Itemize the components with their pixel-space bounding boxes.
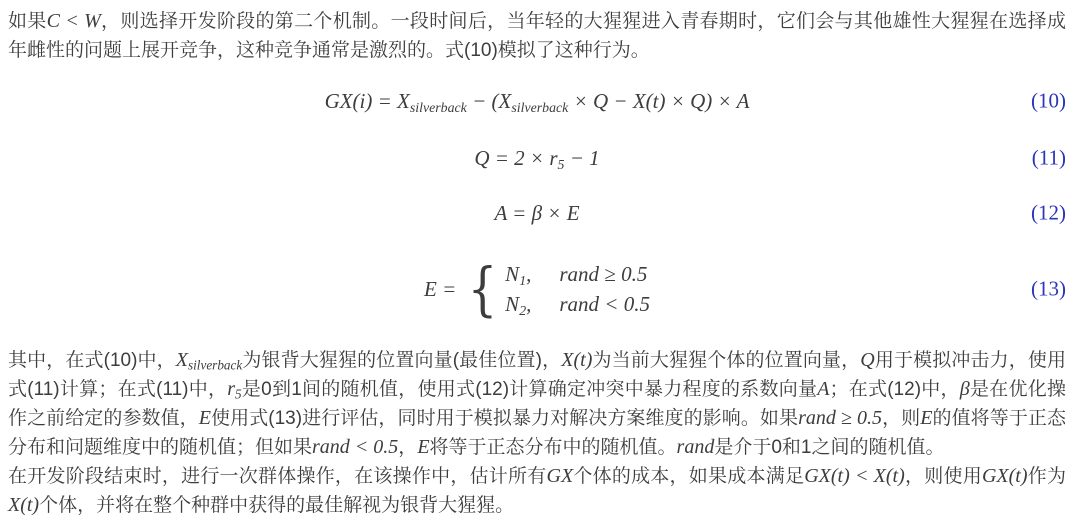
math-subscript: silverback [188, 358, 242, 373]
text-run: 为当前大猩猩个体的位置向量， [592, 350, 860, 371]
inline-math: r5 [227, 378, 241, 400]
paragraph-explanation: 其中，在式(10)中，Xsilverback为银背大猩猩的位置向量(最佳位置)，… [0, 346, 1074, 462]
inline-math: β [960, 378, 970, 400]
math-run: A = β × E [494, 201, 579, 225]
inline-math: A [817, 378, 829, 400]
inline-math: X(t) [8, 494, 39, 516]
text-run: ，则 [882, 408, 920, 429]
text-run: 其中，在式(10)中， [8, 350, 176, 371]
inline-math: E [199, 407, 211, 429]
math-run: , [526, 292, 531, 316]
inline-math: GX(t) < X(t) [804, 465, 905, 487]
text-run: 是介于0和1之间的随机值。 [714, 437, 944, 458]
equation-11: Q = 2 × r5 − 1 (11) [0, 137, 1074, 179]
inline-math: E [417, 436, 429, 458]
text-run: 为银背大猩猩的位置向量(最佳位置)， [242, 350, 561, 371]
equation-13: E = { N1,rand ≥ 0.5 N2,rand < 0.5 (13) [0, 247, 1074, 331]
math-run: − 1 [564, 146, 599, 170]
equation-12-formula: A = β × E [494, 201, 579, 226]
text-run: 作为 [1028, 466, 1066, 487]
math-run: N [505, 292, 519, 316]
inline-math: Xsilverback [176, 349, 242, 371]
text-run: 个体，并将在整个种群中获得的最佳解视为银背大猩猩。 [39, 495, 514, 516]
paragraph-group-operation: 在开发阶段结束时，进行一次群体操作，在该操作中，估计所有GX个体的成本，如果成本… [0, 462, 1074, 518]
inline-math: rand ≥ 0.5 [798, 407, 882, 429]
math-run: × Q − X(t) × Q) × A [568, 89, 749, 113]
inline-math: GX [547, 465, 574, 487]
inline-math: GX(t) [982, 465, 1028, 487]
text-run: ，则选择开发阶段的第二个机制。一段时间后，当年轻的大猩猩进入青春期时，它们会与其… [8, 11, 1066, 61]
equation-10: GX(i) = Xsilverback − (Xsilverback × Q −… [0, 65, 1074, 137]
text-run: 使用式(13)进行评估，同时用于模拟暴力对解决方案维度的影响。如果 [211, 408, 798, 429]
equation-number-13[interactable]: (13) [1031, 277, 1066, 302]
inline-math: C < W [47, 10, 101, 32]
math-subscript: silverback [511, 99, 568, 114]
equation-number-11[interactable]: (11) [1032, 146, 1066, 171]
inline-math: rand [677, 436, 715, 458]
math-subscript: silverback [410, 99, 467, 114]
case-row-2: N2,rand < 0.5 [505, 289, 650, 319]
text-run: 个体的成本，如果成本满足 [573, 466, 804, 487]
case-row-1: N1,rand ≥ 0.5 [505, 259, 650, 289]
math-run: GX(i) = X [325, 89, 410, 113]
text-run: 是0到1间的随机值，使用式(12)计算确定冲突中暴力程度的系数向量 [242, 379, 818, 400]
case-condition: rand ≥ 0.5 [559, 262, 647, 286]
equation-13-formula: E = { N1,rand ≥ 0.5 N2,rand < 0.5 [424, 259, 650, 319]
text-run: ， [398, 437, 417, 458]
equation-12: A = β × E (12) [0, 179, 1074, 247]
text-run: 如果 [8, 11, 47, 32]
inline-math: rand < 0.5 [312, 436, 398, 458]
cases-brace: { [468, 260, 498, 318]
math-run: , [526, 262, 531, 286]
equation-number-12[interactable]: (12) [1031, 201, 1066, 226]
document-page: 如果C < W，则选择开发阶段的第二个机制。一段时间后，当年轻的大猩猩进入青春期… [0, 0, 1074, 518]
paragraph-intro: 如果C < W，则选择开发阶段的第二个机制。一段时间后，当年轻的大猩猩进入青春期… [0, 0, 1074, 65]
text-run: 在开发阶段结束时，进行一次群体操作，在该操作中，估计所有 [8, 466, 547, 487]
equation-number-10[interactable]: (10) [1031, 89, 1066, 114]
equation-10-formula: GX(i) = Xsilverback − (Xsilverback × Q −… [325, 89, 750, 114]
cases-body: N1,rand ≥ 0.5 N2,rand < 0.5 [505, 259, 650, 319]
math-subscript: 5 [235, 387, 242, 402]
text-run: ；在式(12)中， [829, 379, 959, 400]
inline-math: E [920, 407, 932, 429]
inline-math: Q [860, 349, 874, 371]
equation-11-formula: Q = 2 × r5 − 1 [474, 146, 599, 171]
math-run: E = [424, 277, 456, 302]
text-run: ，则使用 [905, 466, 982, 487]
case-condition: rand < 0.5 [559, 292, 650, 316]
text-run: 将等于正态分布中的随机值。 [430, 437, 677, 458]
math-run: − (X [467, 89, 512, 113]
math-run: Q = 2 × r [474, 146, 557, 170]
math-run: N [505, 262, 519, 286]
inline-math: X(t) [561, 349, 592, 371]
